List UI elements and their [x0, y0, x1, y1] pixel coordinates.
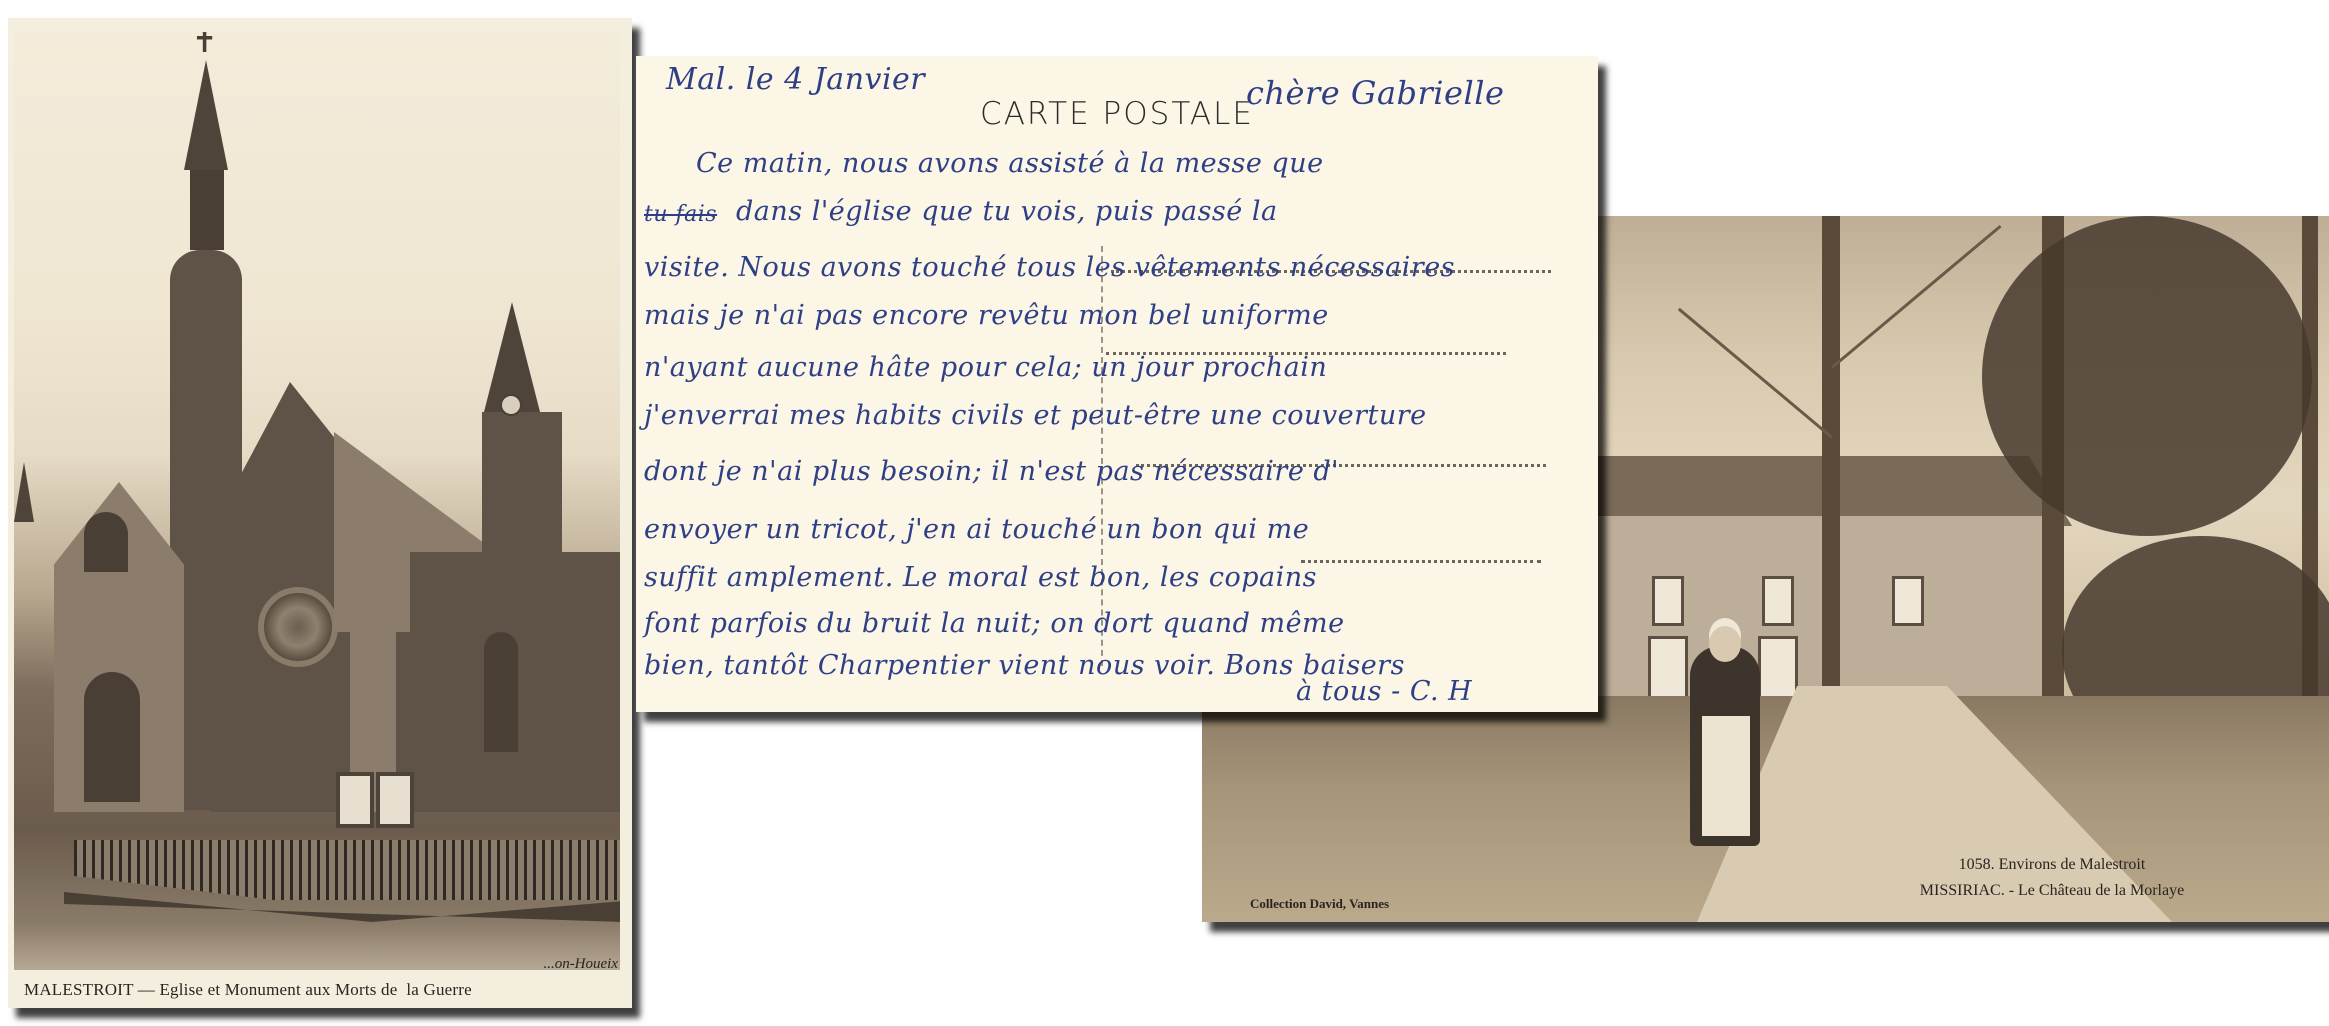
photo-credit: ...on-Houeix: [543, 956, 618, 973]
conifer-foliage: [1982, 216, 2312, 536]
window: [1652, 576, 1684, 626]
cross-icon: ✝: [192, 32, 217, 58]
nave-window: [484, 632, 518, 752]
pinnacle: [14, 462, 34, 522]
window: [1762, 576, 1794, 626]
letter-date: Mal. le 4 Janvier: [666, 62, 925, 97]
rose-window: [258, 587, 338, 667]
tree-trunk: [1822, 216, 1840, 716]
letter-line: visite. Nous avons touché tous les vêtem…: [644, 252, 1455, 283]
letter-line: j'enverrai mes habits civils et peut-êtr…: [644, 400, 1427, 431]
letter-signature: à tous - C. H: [1296, 676, 1472, 707]
letter-line: dans l'église que tu vois, puis passé la: [736, 196, 1278, 227]
clock-icon: [500, 394, 522, 416]
letter-line: bien, tantôt Charpentier vient nous voir…: [644, 650, 1405, 681]
address-line: [1301, 560, 1541, 563]
white-apron: [1702, 716, 1750, 836]
postcard-back: CARTE POSTALE Mal. le 4 Janvier chère Ga…: [636, 56, 1598, 712]
left-window: [84, 512, 128, 572]
letter-line-struck: tu fais: [644, 202, 717, 227]
letter-salutation: chère Gabrielle: [1246, 74, 1504, 112]
church-photo: ✝: [14, 32, 620, 970]
letter-line: n'ayant aucune hâte pour cela; un jour p…: [644, 352, 1327, 383]
letter-line: dont je n'ai plus besoin; il n'est pas n…: [644, 456, 1339, 487]
clock-tower: [482, 412, 562, 552]
iron-fence: [74, 840, 620, 900]
letter-line: suffit amplement. Le moral est bon, les …: [644, 562, 1317, 593]
letter-line: Ce matin, nous avons assisté à la messe …: [696, 148, 1324, 179]
chateau-number-caption: 1058. Environs de Malestroit: [1852, 856, 2252, 874]
window: [1892, 576, 1924, 626]
letter-line: font parfois du bruit la nuit; on dort q…: [644, 608, 1345, 639]
chateau-title-caption: MISSIRIAC. - Le Château de la Morlaye: [1792, 882, 2312, 900]
belfry: [190, 170, 224, 250]
collection-credit: Collection David, Vannes: [1250, 896, 1389, 912]
bell-tower-spire: [184, 60, 228, 170]
memorial-plaque: [336, 772, 374, 828]
letter-line: mais je n'ai pas encore revêtu mon bel u…: [644, 300, 1329, 331]
church-postcard: ✝ ...on-Houeix MALESTROIT — Eglise et Mo…: [8, 18, 632, 1008]
woman-head-coiffe: [1709, 626, 1741, 662]
church-caption: MALESTROIT — Eglise et Monument aux Mort…: [24, 980, 624, 1000]
letter-line: envoyer un tricot, j'en ai touché un bon…: [644, 514, 1309, 545]
portal: [84, 672, 140, 802]
memorial-plaque: [376, 772, 414, 828]
